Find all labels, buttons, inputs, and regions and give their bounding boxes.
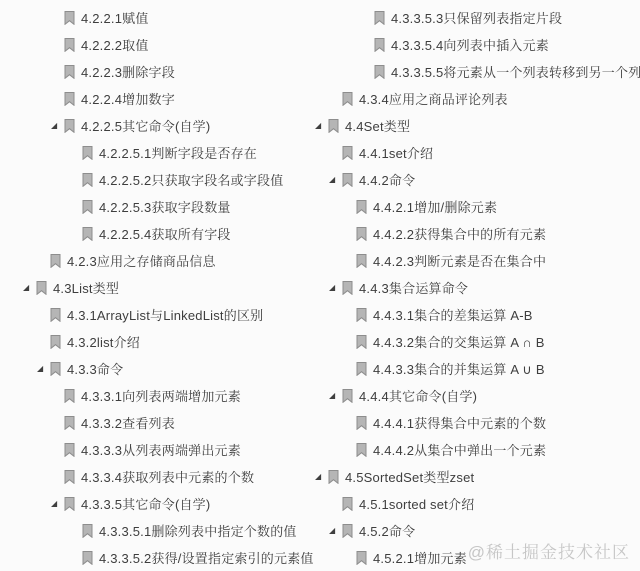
bookmark-icon bbox=[356, 227, 367, 241]
bookmark-icon bbox=[64, 92, 75, 106]
bookmark-label: 4.4.2.2获得集合中的所有元素 bbox=[373, 224, 546, 243]
bookmark-label: 4.3.1ArrayList与LinkedList的区别 bbox=[67, 305, 263, 324]
bookmark-item[interactable]: ◢4.3.3命令 bbox=[0, 355, 292, 382]
bookmark-label: 4.3.3.5其它命令(自学) bbox=[81, 494, 210, 513]
bookmark-label: 4.2.2.2取值 bbox=[81, 35, 149, 54]
bookmark-label: 4.3.3.5.5将元素从一个列表转移到另一个列表中 bbox=[391, 62, 640, 81]
bookmark-icon bbox=[356, 308, 367, 322]
bookmark-item[interactable]: ◢4.4.1set介绍 bbox=[292, 139, 640, 166]
bookmark-label: 4.2.2.5.2只获取字段名或字段值 bbox=[99, 170, 283, 189]
bookmark-item[interactable]: ◢4.3.3.5.1删除列表中指定个数的值 bbox=[0, 517, 292, 544]
bookmark-label: 4.3.4应用之商品评论列表 bbox=[359, 89, 508, 108]
bookmark-item[interactable]: ◢4.3.3.1向列表两端增加元素 bbox=[0, 382, 292, 409]
bookmark-label: 4.2.2.5其它命令(自学) bbox=[81, 116, 210, 135]
bookmark-item[interactable]: ◢4.2.2.4增加数字 bbox=[0, 85, 292, 112]
bookmark-label: 4.5.2.1增加元素 bbox=[373, 548, 467, 567]
bookmark-label: 4.4.2.1增加/删除元素 bbox=[373, 197, 497, 216]
bookmark-item[interactable]: ◢4.3.3.2查看列表 bbox=[0, 409, 292, 436]
bookmark-label: 4.5.1sorted set介绍 bbox=[359, 494, 474, 513]
bookmark-icon bbox=[374, 11, 385, 25]
bookmark-icon bbox=[374, 38, 385, 52]
bookmark-item[interactable]: ◢4.2.2.5.4获取所有字段 bbox=[0, 220, 292, 247]
bookmark-item[interactable]: ◢4.3.2list介绍 bbox=[0, 328, 292, 355]
bookmark-label: 4.5SortedSet类型zset bbox=[345, 467, 474, 486]
bookmark-icon bbox=[356, 335, 367, 349]
bookmark-icon bbox=[328, 119, 339, 133]
bookmark-item[interactable]: ◢4.3.3.4获取列表中元素的个数 bbox=[0, 463, 292, 490]
bookmark-icon bbox=[64, 119, 75, 133]
bookmark-icon bbox=[64, 470, 75, 484]
bookmark-item[interactable]: ◢4.2.2.2取值 bbox=[0, 31, 292, 58]
bookmark-icon bbox=[82, 200, 93, 214]
bookmark-icon bbox=[82, 173, 93, 187]
expand-collapse-triangle-icon[interactable]: ◢ bbox=[315, 473, 328, 481]
expand-collapse-triangle-icon[interactable]: ◢ bbox=[329, 176, 342, 184]
bookmark-item[interactable]: ◢4.3.3.5.4向列表中插入元素 bbox=[292, 31, 640, 58]
bookmark-item[interactable]: ◢4.3.3.5.5将元素从一个列表转移到另一个列表中 bbox=[292, 58, 640, 85]
bookmark-label: 4.3.3.5.4向列表中插入元素 bbox=[391, 35, 549, 54]
bookmark-item[interactable]: ◢4.2.2.5.2只获取字段名或字段值 bbox=[0, 166, 292, 193]
bookmark-label: 4.4.2.3判断元素是否在集合中 bbox=[373, 251, 546, 270]
bookmark-label: 4.3.3.2查看列表 bbox=[81, 413, 175, 432]
bookmark-icon bbox=[374, 65, 385, 79]
bookmarks-panel: ◢4.2.2.1赋值◢4.2.2.2取值◢4.2.2.3删除字段◢4.2.2.4… bbox=[0, 0, 640, 571]
bookmark-label: 4.4Set类型 bbox=[345, 116, 410, 135]
expand-collapse-triangle-icon[interactable]: ◢ bbox=[315, 122, 328, 130]
expand-collapse-triangle-icon[interactable]: ◢ bbox=[23, 284, 36, 292]
bookmark-item[interactable]: ◢4.5SortedSet类型zset bbox=[292, 463, 640, 490]
bookmark-icon bbox=[356, 443, 367, 457]
bookmark-label: 4.4.4其它命令(自学) bbox=[359, 386, 477, 405]
bookmark-icon bbox=[342, 92, 353, 106]
bookmark-label: 4.3.3命令 bbox=[67, 359, 123, 378]
bookmark-label: 4.2.2.1赋值 bbox=[81, 8, 149, 27]
bookmark-icon bbox=[342, 497, 353, 511]
bookmark-label: 4.3.3.4获取列表中元素的个数 bbox=[81, 467, 254, 486]
bookmark-label: 4.4.4.2从集合中弹出一个元素 bbox=[373, 440, 546, 459]
bookmark-item[interactable]: ◢4.2.2.1赋值 bbox=[0, 4, 292, 31]
bookmark-icon bbox=[50, 254, 61, 268]
bookmark-item[interactable]: ◢4.2.2.5.3获取字段数量 bbox=[0, 193, 292, 220]
bookmark-item[interactable]: ◢4.4.4其它命令(自学) bbox=[292, 382, 640, 409]
bookmark-icon bbox=[356, 254, 367, 268]
watermark: @稀土掘金技术社区 bbox=[468, 538, 630, 563]
bookmark-icon bbox=[50, 362, 61, 376]
bookmark-icon bbox=[64, 11, 75, 25]
bookmark-item[interactable]: ◢4.4Set类型 bbox=[292, 112, 640, 139]
bookmark-item[interactable]: ◢4.2.2.5.1判断字段是否存在 bbox=[0, 139, 292, 166]
bookmark-label: 4.3.3.5.3只保留列表指定片段 bbox=[391, 8, 562, 27]
bookmark-icon bbox=[82, 551, 93, 565]
bookmark-label: 4.3.3.5.2获得/设置指定索引的元素值 bbox=[99, 548, 314, 567]
bookmark-icon bbox=[342, 146, 353, 160]
bookmark-label: 4.3.2list介绍 bbox=[67, 332, 140, 351]
bookmark-icon bbox=[356, 362, 367, 376]
bookmark-item[interactable]: ◢4.3.3.5.2获得/设置指定索引的元素值 bbox=[0, 544, 292, 571]
bookmark-icon bbox=[82, 227, 93, 241]
bookmark-icon bbox=[64, 443, 75, 457]
bookmark-icon bbox=[64, 416, 75, 430]
bookmark-item[interactable]: ◢4.4.3.2集合的交集运算 A ∩ B bbox=[292, 328, 640, 355]
bookmark-icon bbox=[64, 65, 75, 79]
bookmark-icon bbox=[82, 524, 93, 538]
bookmark-item[interactable]: ◢4.4.4.1获得集合中元素的个数 bbox=[292, 409, 640, 436]
bookmark-icon bbox=[342, 173, 353, 187]
bookmark-label: 4.2.2.5.4获取所有字段 bbox=[99, 224, 231, 243]
bookmark-item[interactable]: ◢4.3.4应用之商品评论列表 bbox=[292, 85, 640, 112]
bookmark-label: 4.4.3.1集合的差集运算 A-B bbox=[373, 305, 533, 324]
bookmark-icon bbox=[50, 308, 61, 322]
bookmark-item[interactable]: ◢4.4.2.3判断元素是否在集合中 bbox=[292, 247, 640, 274]
bookmark-icon bbox=[342, 281, 353, 295]
bookmark-icon bbox=[36, 281, 47, 295]
bookmark-item[interactable]: ◢4.3.3.5.3只保留列表指定片段 bbox=[292, 4, 640, 31]
bookmark-column-left: ◢4.2.2.1赋值◢4.2.2.2取值◢4.2.2.3删除字段◢4.2.2.4… bbox=[0, 4, 292, 571]
bookmark-label: 4.2.2.5.1判断字段是否存在 bbox=[99, 143, 257, 162]
expand-collapse-triangle-icon[interactable]: ◢ bbox=[51, 122, 64, 130]
bookmark-item[interactable]: ◢4.4.4.2从集合中弹出一个元素 bbox=[292, 436, 640, 463]
bookmark-icon bbox=[82, 146, 93, 160]
bookmark-icon bbox=[356, 416, 367, 430]
bookmark-item[interactable]: ◢4.2.2.5其它命令(自学) bbox=[0, 112, 292, 139]
bookmark-label: 4.4.3集合运算命令 bbox=[359, 278, 468, 297]
bookmark-item[interactable]: ◢4.4.2.1增加/删除元素 bbox=[292, 193, 640, 220]
bookmark-icon bbox=[50, 335, 61, 349]
bookmark-label: 4.4.3.2集合的交集运算 A ∩ B bbox=[373, 332, 545, 351]
bookmark-item[interactable]: ◢4.4.3.1集合的差集运算 A-B bbox=[292, 301, 640, 328]
bookmark-icon bbox=[64, 497, 75, 511]
bookmark-icon bbox=[356, 551, 367, 565]
bookmark-label: 4.2.2.3删除字段 bbox=[81, 62, 175, 81]
bookmark-label: 4.2.2.4增加数字 bbox=[81, 89, 175, 108]
expand-collapse-triangle-icon[interactable]: ◢ bbox=[329, 527, 342, 535]
expand-collapse-triangle-icon[interactable]: ◢ bbox=[51, 500, 64, 508]
bookmark-label: 4.5.2命令 bbox=[359, 521, 415, 540]
bookmark-icon bbox=[342, 389, 353, 403]
bookmark-label: 4.3.3.3从列表两端弹出元素 bbox=[81, 440, 241, 459]
expand-collapse-triangle-icon[interactable]: ◢ bbox=[329, 284, 342, 292]
bookmark-label: 4.3List类型 bbox=[53, 278, 119, 297]
bookmark-label: 4.4.1set介绍 bbox=[359, 143, 433, 162]
bookmark-icon bbox=[64, 38, 75, 52]
bookmark-label: 4.4.2命令 bbox=[359, 170, 415, 189]
bookmark-icon bbox=[64, 389, 75, 403]
bookmark-label: 4.3.3.1向列表两端增加元素 bbox=[81, 386, 241, 405]
bookmark-item[interactable]: ◢4.3.3.3从列表两端弹出元素 bbox=[0, 436, 292, 463]
bookmark-item[interactable]: ◢4.3.1ArrayList与LinkedList的区别 bbox=[0, 301, 292, 328]
bookmark-icon bbox=[342, 524, 353, 538]
expand-collapse-triangle-icon[interactable]: ◢ bbox=[37, 365, 50, 373]
bookmark-item[interactable]: ◢4.4.3集合运算命令 bbox=[292, 274, 640, 301]
expand-collapse-triangle-icon[interactable]: ◢ bbox=[329, 392, 342, 400]
bookmark-column-right: ◢4.3.3.5.3只保留列表指定片段◢4.3.3.5.4向列表中插入元素◢4.… bbox=[292, 4, 640, 571]
bookmark-icon bbox=[356, 200, 367, 214]
bookmark-label: 4.2.2.5.3获取字段数量 bbox=[99, 197, 231, 216]
bookmark-item[interactable]: ◢4.4.3.3集合的并集运算 A ∪ B bbox=[292, 355, 640, 382]
bookmark-item[interactable]: ◢4.2.3应用之存储商品信息 bbox=[0, 247, 292, 274]
bookmark-item[interactable]: ◢4.3List类型 bbox=[0, 274, 292, 301]
bookmark-label: 4.4.4.1获得集合中元素的个数 bbox=[373, 413, 546, 432]
bookmark-item[interactable]: ◢4.2.2.3删除字段 bbox=[0, 58, 292, 85]
bookmark-item[interactable]: ◢4.4.2命令 bbox=[292, 166, 640, 193]
bookmark-item[interactable]: ◢4.4.2.2获得集合中的所有元素 bbox=[292, 220, 640, 247]
bookmark-label: 4.2.3应用之存储商品信息 bbox=[67, 251, 216, 270]
bookmark-label: 4.4.3.3集合的并集运算 A ∪ B bbox=[373, 359, 545, 378]
bookmark-item[interactable]: ◢4.5.1sorted set介绍 bbox=[292, 490, 640, 517]
bookmark-icon bbox=[328, 470, 339, 484]
bookmark-item[interactable]: ◢4.3.3.5其它命令(自学) bbox=[0, 490, 292, 517]
bookmark-label: 4.3.3.5.1删除列表中指定个数的值 bbox=[99, 521, 297, 540]
